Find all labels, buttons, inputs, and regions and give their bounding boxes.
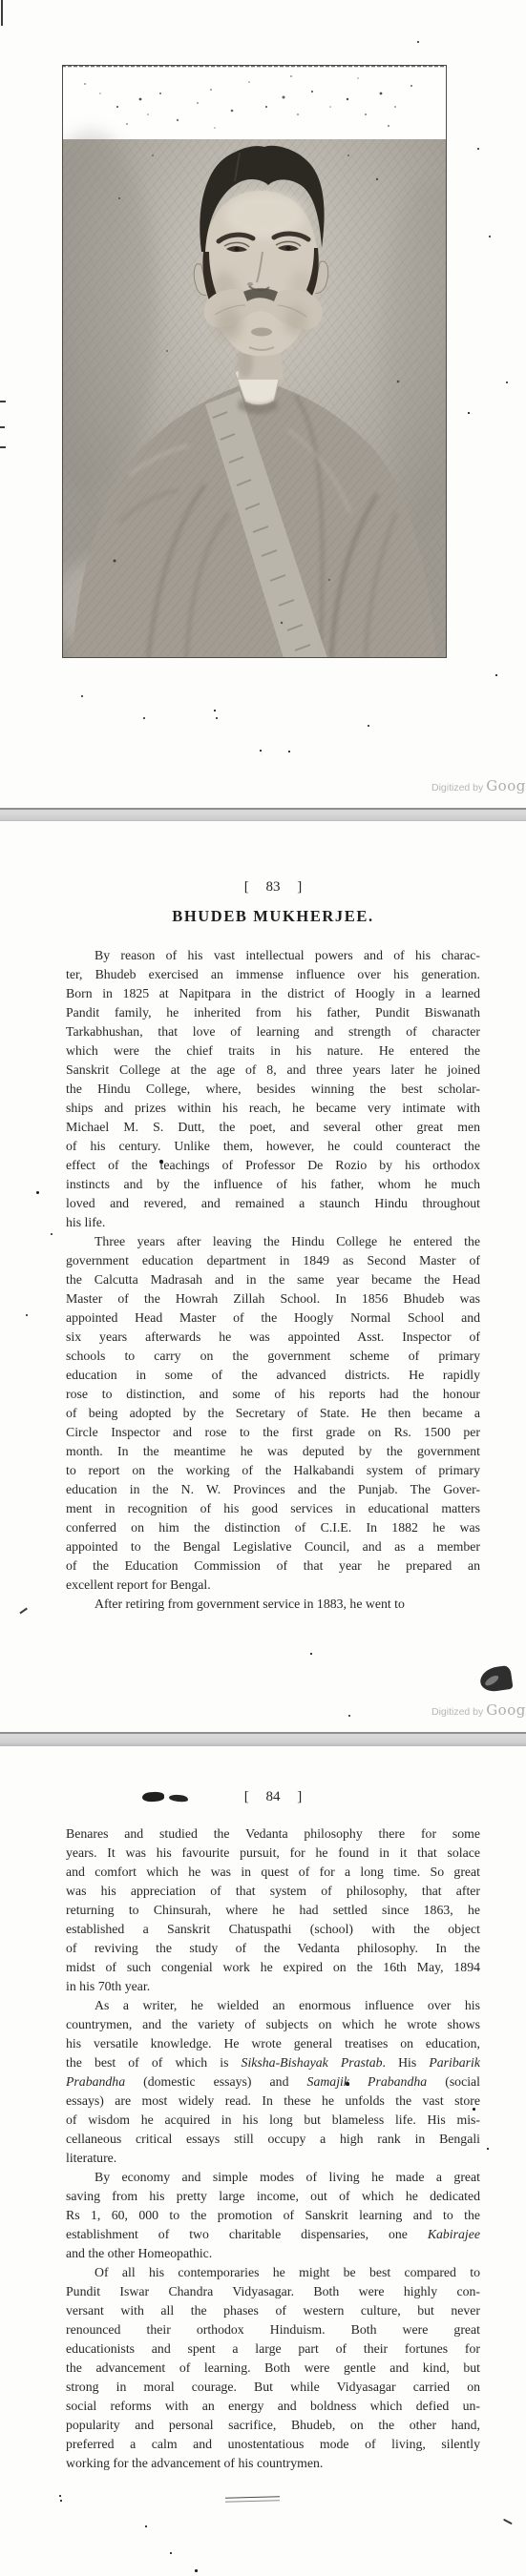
scan-speck <box>477 148 479 150</box>
text-line: instincts and by the influence of his fa… <box>66 1175 480 1194</box>
page-83-text: By reason of his vast intellectual power… <box>66 946 480 1614</box>
scan-artifact <box>19 1608 27 1614</box>
google-watermark: Digitized by Google <box>431 1701 526 1719</box>
text-line: By reason of his vast intellectual power… <box>66 946 480 965</box>
scan-speck <box>468 412 470 414</box>
scan-speck <box>506 381 508 383</box>
text-line: excellent report for Bengal. <box>66 1576 480 1595</box>
scan-speck <box>170 2552 172 2554</box>
paragraph: Three years after leaving the Hindu Coll… <box>66 1232 480 1595</box>
watermark-prefix: Digitized by <box>431 1706 483 1718</box>
text-line: popularity and personal sacrifice, Bhude… <box>66 2416 480 2435</box>
text-line: versant with all the phases of western c… <box>66 2301 480 2320</box>
scan-artifact <box>0 446 6 448</box>
text-line: preferred a calm and unostentatious mode… <box>66 2435 480 2454</box>
section-end-rule <box>225 2496 280 2502</box>
text-line: established a Sanskrit Chatuspathi (scho… <box>66 1920 480 1939</box>
text-line: Michael M. S. Dutt, the poet, and severa… <box>66 1118 480 1137</box>
text-line: As a writer, he wielded an enormous infl… <box>66 1996 480 2015</box>
text-line: month. In the meantime he was deputed by… <box>66 1442 480 1461</box>
text-line: rose to distinction, and some of his rep… <box>66 1385 480 1404</box>
text-line: Prabandha (domestic essays) and Samajik … <box>66 2072 480 2092</box>
text-line: Sanskrit College at the age of 8, and th… <box>66 1061 480 1080</box>
text-line: By economy and simple modes of living he… <box>66 2168 480 2187</box>
text-line: appointed Head Master of the Hoogly Norm… <box>66 1309 480 1328</box>
text-line: establishment of two charitable dispensa… <box>66 2225 480 2244</box>
scan-speck <box>51 1233 53 1235</box>
scan-speck <box>417 41 419 43</box>
scanned-book-page: Digitized by Google [ 83 ] BHUDEB MUKHER… <box>0 0 526 2576</box>
page-title: BHUDEB MUKHERJEE. <box>66 907 480 926</box>
text-line: returning to Chinsurah, where he had set… <box>66 1901 480 1920</box>
page-84-text: Benares and studied the Vedanta philosop… <box>66 1824 480 2473</box>
text-line: which were the chief traits in his natur… <box>66 1041 480 1061</box>
text-line: cellaneous critical essays still occupy … <box>66 2130 480 2149</box>
text-line: loved and revered, and remained a staunc… <box>66 1194 480 1213</box>
page-number-83: [ 83 ] <box>66 879 480 896</box>
scan-speck <box>214 710 216 711</box>
text-line: of wisdom he acquired in his long but bl… <box>66 2111 480 2130</box>
text-line: essays) are most widely read. In these h… <box>66 2092 480 2111</box>
scan-artifact <box>1 0 3 26</box>
text-line: education in the N. W. Provinces and the… <box>66 1480 480 1499</box>
scan-speck <box>473 2108 475 2111</box>
text-line: of his century. Unlike them, however, he… <box>66 1137 480 1156</box>
text-line: and the other Homeopathic. <box>66 2244 480 2263</box>
scan-speck <box>495 674 497 676</box>
scan-speck <box>216 717 218 719</box>
text-line: to report on the working of the Halkaban… <box>66 1461 480 1480</box>
text-line: years. It was his favourite pursuit, for… <box>66 1844 480 1863</box>
scan-speck <box>81 695 83 697</box>
scan-speck <box>195 2569 198 2572</box>
scan-speck <box>159 1160 163 1164</box>
text-line: educationists and spent a large part of … <box>66 2339 480 2359</box>
text-line: Born in 1825 at Napitpara in the distric… <box>66 984 480 1003</box>
text-line: and comfort which he was in quest of for… <box>66 1863 480 1882</box>
text-line: schools to carry on the government schem… <box>66 1347 480 1366</box>
text-line: Tarkabhushan, that love of learning and … <box>66 1022 480 1041</box>
text-line: Master of the Howrah Zillah School. In 1… <box>66 1289 480 1309</box>
text-line: Rs 1, 60, 000 to the promotion of Sanskr… <box>66 2206 480 2225</box>
scan-smudge <box>478 1665 513 1693</box>
text-line: education in some of the advanced distri… <box>66 1366 480 1385</box>
scan-speck <box>368 725 369 727</box>
text-line: six years afterwards he was appointed As… <box>66 1328 480 1347</box>
text-line: appointed to the Bengal Legislative Coun… <box>66 1537 480 1556</box>
paragraph: By reason of his vast intellectual power… <box>66 946 480 1232</box>
portrait-plate <box>62 65 447 658</box>
scan-speck <box>36 1191 39 1194</box>
text-line: Of all his contemporaries he might be be… <box>66 2263 480 2282</box>
text-line: strong in moral courage. But while Vidya… <box>66 2378 480 2397</box>
text-line: After retiring from government service i… <box>66 1595 480 1614</box>
text-line: the advancement of learning. Both were g… <box>66 2359 480 2378</box>
text-line: was his appreciation of that system of p… <box>66 1882 480 1901</box>
text-line: the Hindu College, where, besides winnin… <box>66 1080 480 1099</box>
text-line: saving from his pretty large income, out… <box>66 2187 480 2206</box>
paragraph: Benares and studied the Vedanta philosop… <box>66 1824 480 1996</box>
scan-artifact <box>0 426 5 428</box>
text-line: Three years after leaving the Hindu Coll… <box>66 1232 480 1251</box>
text-line: in his 70th year. <box>66 1977 480 1996</box>
text-line: ter, Bhudeb exercised an immense influen… <box>66 965 480 984</box>
scan-speck <box>260 750 262 752</box>
paragraph: By economy and simple modes of living he… <box>66 2168 480 2263</box>
text-line: his life. <box>66 1213 480 1232</box>
scan-speck <box>26 1314 28 1316</box>
scan-speck <box>288 751 290 752</box>
text-line: conferred on him the distinction of C.I.… <box>66 1518 480 1537</box>
text-line: the best of of which is Siksha-Bishayak … <box>66 2053 480 2072</box>
text-line: Circle Inspector and rose to the first g… <box>66 1423 480 1442</box>
paragraph: After retiring from government service i… <box>66 1595 480 1614</box>
text-line: working for the advancement of his count… <box>66 2454 480 2473</box>
text-line: countrymen, and the variety of subjects … <box>66 2015 480 2034</box>
google-logo: Google <box>486 777 526 794</box>
scan-speck <box>489 236 491 237</box>
scan-speck <box>346 2082 349 2086</box>
scan-speck <box>310 1653 312 1655</box>
paragraph: As a writer, he wielded an enormous infl… <box>66 1996 480 2168</box>
text-line: Pundit Iswar Chandra Vidyasagar. Both we… <box>66 2282 480 2301</box>
text-line: renounced their orthodox Hinduism. Both … <box>66 2320 480 2339</box>
scan-speck <box>348 1715 350 1717</box>
text-line: ment in recognition of his good services… <box>66 1499 480 1518</box>
text-line: Pandit family, he inherited from his fat… <box>66 1003 480 1022</box>
scan-speck <box>59 2495 61 2497</box>
text-line: midst of such congenial work he expired … <box>66 1958 480 1977</box>
text-line: Benares and studied the Vedanta philosop… <box>66 1824 480 1844</box>
scan-speck <box>487 2148 489 2150</box>
scan-speck <box>60 2500 62 2502</box>
page-number-84: [ 84 ] <box>66 1789 480 1805</box>
google-watermark: Digitized by Google <box>431 777 526 794</box>
scan-speck <box>145 2525 147 2527</box>
page-edge-separator <box>0 1732 526 1746</box>
google-logo: Google <box>486 1701 526 1719</box>
paragraph: Of all his contemporaries he might be be… <box>66 2263 480 2473</box>
text-line: the Calcutta Madrasah and in the same ye… <box>66 1270 480 1289</box>
page-edge-separator <box>0 808 526 821</box>
text-line: of being adopted by the Secretary of Sta… <box>66 1404 480 1423</box>
text-line: his versatile knowledge. He wrote genera… <box>66 2034 480 2053</box>
watermark-prefix: Digitized by <box>431 782 483 793</box>
text-line: literature. <box>66 2149 480 2168</box>
text-line: of the Education Commission of that year… <box>66 1556 480 1576</box>
scan-artifact <box>0 401 6 402</box>
text-line: of reviving the study of the Vedanta phi… <box>66 1939 480 1958</box>
text-line: effect of the teachings of Professor De … <box>66 1156 480 1175</box>
scan-speck <box>143 717 145 719</box>
text-line: social reforms with an energy and boldne… <box>66 2397 480 2416</box>
text-line: ships and prizes within his reach, he be… <box>66 1099 480 1118</box>
scan-artifact <box>503 2519 513 2524</box>
text-line: government education department in 1849 … <box>66 1251 480 1270</box>
